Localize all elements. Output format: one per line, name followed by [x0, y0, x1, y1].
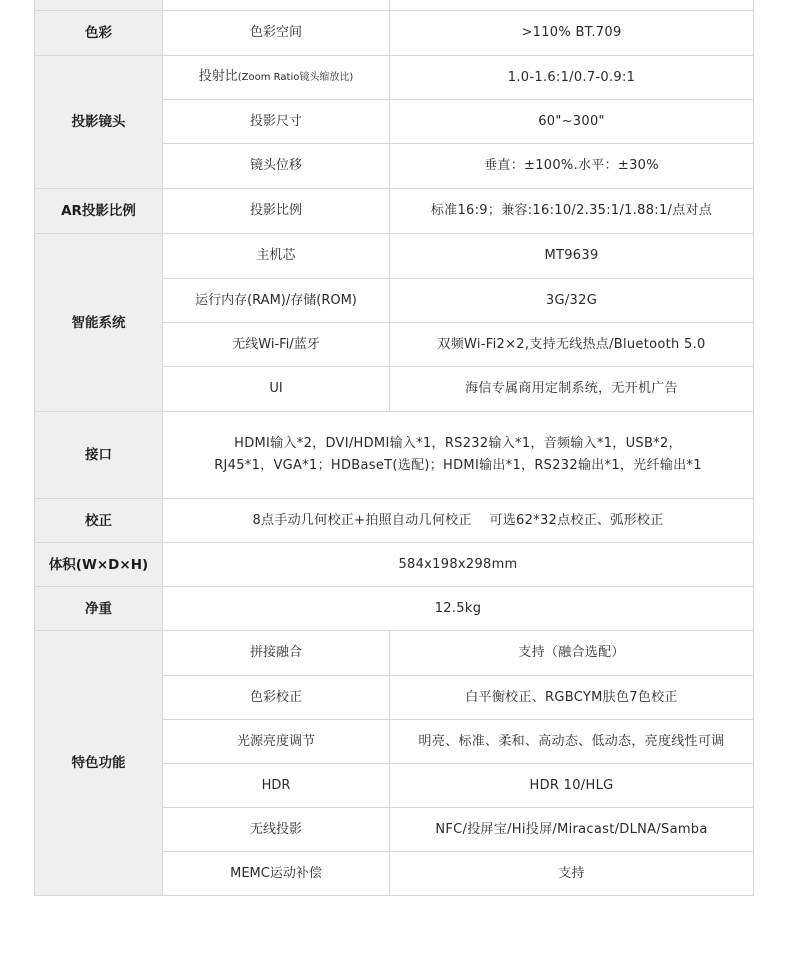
item-label: 投射比: [199, 69, 238, 84]
table-row: 校正 8点手动几何校正+拍照自动几何校正 可选62*32点校正、弧形校正: [35, 499, 754, 543]
table-row: 体积(W×D×H) 584x198x298mm: [35, 543, 754, 587]
table-row: 投影镜头 投射比(Zoom Ratio镜头缩放比) 1.0-1.6:1/0.7-…: [35, 56, 754, 100]
category-features: 特色功能: [35, 631, 163, 896]
item-cell: 无线Wi-Fi/蓝牙: [163, 323, 390, 367]
value-cell: 584x198x298mm: [163, 543, 754, 587]
table-row: 净重 12.5kg: [35, 587, 754, 631]
item-cell: 镜头位移: [163, 144, 390, 189]
category-color: 色彩: [35, 11, 163, 56]
value-cell: HDR 10/HLG: [390, 764, 754, 808]
value-line: RJ45*1，VGA*1；HDBaseT(选配)；HDMI输出*1，RS232输…: [167, 455, 749, 477]
value-cell: 双频Wi-Fi2×2,支持无线热点/Bluetooth 5.0: [390, 323, 754, 367]
value-cell: 支持（融合选配）: [390, 631, 754, 676]
item-cell: 无线投影: [163, 808, 390, 852]
value-cell: [390, 0, 754, 11]
value-cell: MT9639: [390, 234, 754, 279]
item-cell: 色彩校正: [163, 676, 390, 720]
item-cell: HDR: [163, 764, 390, 808]
value-cell: 支持: [390, 852, 754, 896]
spec-table: 色彩 色彩空间 >110% BT.709 投影镜头 投射比(Zoom Ratio…: [34, 0, 754, 896]
item-cell: 光源亮度调节: [163, 720, 390, 764]
category-dimensions: 体积(W×D×H): [35, 543, 163, 587]
item-label-small: (Zoom Ratio镜头缩放比): [238, 72, 353, 83]
table-row: 接口 HDMI输入*2，DVI/HDMI输入*1，RS232输入*1，音频输入*…: [35, 412, 754, 499]
item-cell: 拼接融合: [163, 631, 390, 676]
item-cell: 投射比(Zoom Ratio镜头缩放比): [163, 56, 390, 100]
item-cell: 投影尺寸: [163, 100, 390, 144]
table-row: 色彩 色彩空间 >110% BT.709: [35, 11, 754, 56]
value-cell: 60"~300": [390, 100, 754, 144]
value-cell: 垂直：±100%.水平：±30%: [390, 144, 754, 189]
category-projection-lens: 投影镜头: [35, 56, 163, 189]
value-cell: >110% BT.709: [390, 11, 754, 56]
table-row: 智能系统 主机芯 MT9639: [35, 234, 754, 279]
value-cell: 白平衡校正、RGBCYM肤色7色校正: [390, 676, 754, 720]
category-interfaces: 接口: [35, 412, 163, 499]
value-cell: 3G/32G: [390, 279, 754, 323]
item-cell: [163, 0, 390, 11]
value-cell: 明亮、标准、柔和、高动态、低动态，亮度线性可调: [390, 720, 754, 764]
value-cell: 1.0-1.6:1/0.7-0.9:1: [390, 56, 754, 100]
value-cell: HDMI输入*2，DVI/HDMI输入*1，RS232输入*1，音频输入*1，U…: [163, 412, 754, 499]
item-cell: MEMC运动补偿: [163, 852, 390, 896]
item-cell: 主机芯: [163, 234, 390, 279]
item-cell: 投影比例: [163, 189, 390, 234]
category-correction: 校正: [35, 499, 163, 543]
value-cell: 8点手动几何校正+拍照自动几何校正 可选62*32点校正、弧形校正: [163, 499, 754, 543]
table-row: AR投影比例 投影比例 标准16:9；兼容:16:10/2.35:1/1.88:…: [35, 189, 754, 234]
item-cell: 色彩空间: [163, 11, 390, 56]
category-net-weight: 净重: [35, 587, 163, 631]
item-cell: UI: [163, 367, 390, 412]
item-cell: 运行内存(RAM)/存储(ROM): [163, 279, 390, 323]
category-smart-system: 智能系统: [35, 234, 163, 412]
table-row-cut-off: [35, 0, 754, 11]
category-ar-ratio: AR投影比例: [35, 189, 163, 234]
value-line: HDMI输入*2，DVI/HDMI输入*1，RS232输入*1，音频输入*1，U…: [167, 433, 749, 455]
table-row: 特色功能 拼接融合 支持（融合选配）: [35, 631, 754, 676]
value-cell: 标准16:9；兼容:16:10/2.35:1/1.88:1/点对点: [390, 189, 754, 234]
category-cell: [35, 0, 163, 11]
value-cell: 12.5kg: [163, 587, 754, 631]
value-cell: 海信专属商用定制系统，无开机广告: [390, 367, 754, 412]
value-cell: NFC/投屏宝/Hi投屏/Miracast/DLNA/Samba: [390, 808, 754, 852]
